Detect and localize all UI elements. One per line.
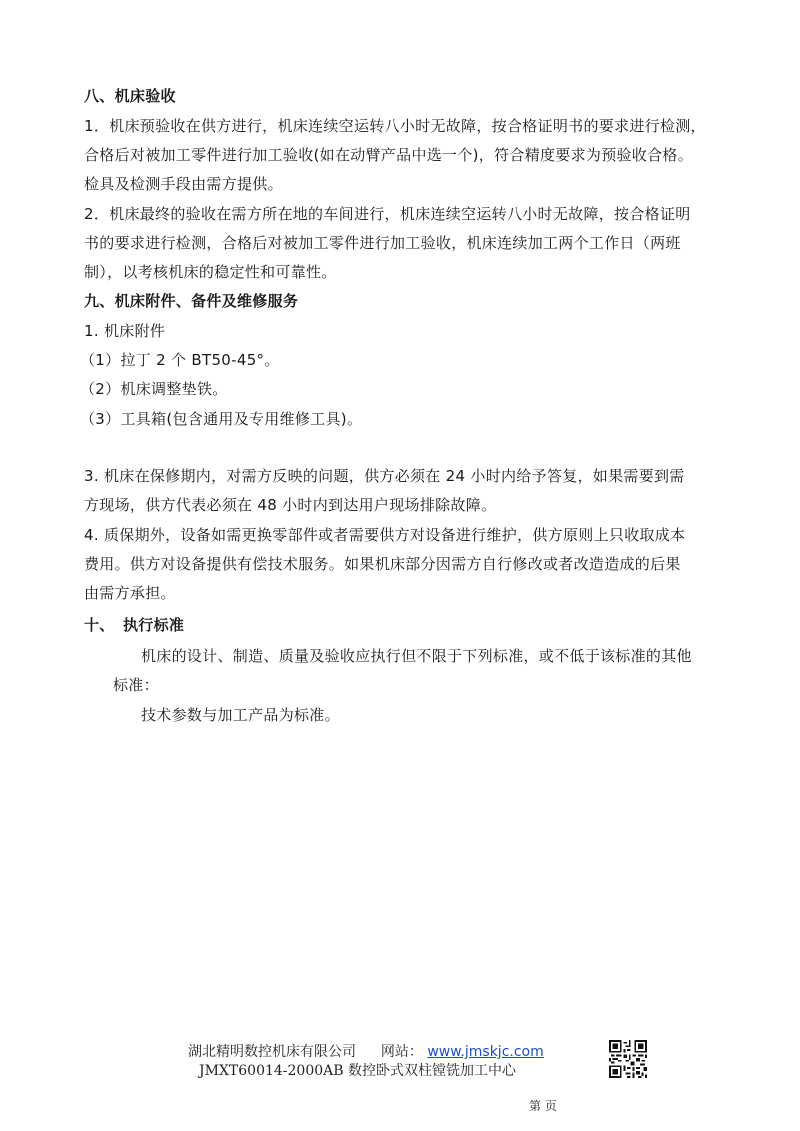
section-10-title: 执行标准 [123, 615, 184, 635]
section-8-item-2-line-3: 制），以考核机床的稳定性和可靠性。 [84, 262, 337, 282]
section-8-item-2-line-1: 2．机床最终的验收在需方所在地的车间进行，机床连续空运转八小时无故障，按合格证明 [84, 204, 691, 224]
accessory-item-2: （2）机床调整垫铁。 [80, 379, 228, 399]
section-8-title: 八、机床验收 [84, 86, 176, 106]
section-8-item-1-line-2: 合格后对被加工零件进行加工验收(如在动臂产品中选一个)，符合精度要求为预验收合格… [84, 145, 693, 165]
section-10-para-line-1: 机床的设计、制造、质量及验收应执行但不限于下列标准，或不低于该标准的其他 [141, 646, 692, 666]
section-9-item-4-line-3: 由需方承担。 [84, 583, 176, 603]
section-9-item-4-line-2: 费用。供方对设备提供有偿技术服务。如果机床部分因需方自行修改或者改造造成的后果 [84, 554, 681, 574]
section-10-para-line-3: 技术参数与加工产品为标准。 [141, 705, 340, 725]
document-page: 八、机床验收 1．机床预验收在供方进行，机床连续空运转八小时无故障，按合格证明书… [0, 0, 800, 1131]
accessory-item-1: （1）拉丁 2 个 BT50-45°。 [80, 350, 280, 370]
section-8-item-1-line-3: 检具及检测手段由需方提供。 [84, 174, 283, 194]
page-number-label: 第 页 [529, 1097, 557, 1114]
accessory-item-3: （3）工具箱(包含通用及专用维修工具)。 [80, 409, 362, 429]
section-9-item-3-line-2: 方现场，供方代表必须在 48 小时内到达用户现场排除故障。 [84, 495, 496, 515]
section-10-para-line-2: 标准： [113, 675, 159, 695]
footer-company-line: 湖北精明数控机床有限公司 网站： www.jmskjc.com [188, 1041, 544, 1061]
footer-website-label: 网站： [381, 1044, 423, 1060]
section-8-item-1-line-1: 1．机床预验收在供方进行，机床连续空运转八小时无故障，按合格证明书的要求进行检测… [84, 116, 706, 136]
footer-website-link[interactable]: www.jmskjc.com [427, 1044, 543, 1060]
section-9-sub-1: 1. 机床附件 [84, 321, 165, 341]
footer-company-name: 湖北精明数控机床有限公司 [188, 1044, 356, 1060]
footer-model-line: JMXT60014-2000AB 数控卧式双柱镗铣加工中心 [199, 1060, 516, 1080]
section-9-title: 九、机床附件、备件及维修服务 [84, 291, 298, 311]
section-9-item-4-line-1: 4. 质保期外，设备如需更换零部件或者需要供方对设备进行维护，供方原则上只收取成… [84, 525, 685, 545]
section-10-number: 十、 [84, 615, 115, 635]
qr-code-icon [609, 1040, 647, 1078]
section-9-item-3-line-1: 3. 机床在保修期内，对需方反映的问题，供方必须在 24 小时内给予答复，如果需… [84, 466, 685, 486]
section-8-item-2-line-2: 书的要求进行检测，合格后对被加工零件进行加工验收，机床连续加工两个工作日（两班 [84, 233, 681, 253]
